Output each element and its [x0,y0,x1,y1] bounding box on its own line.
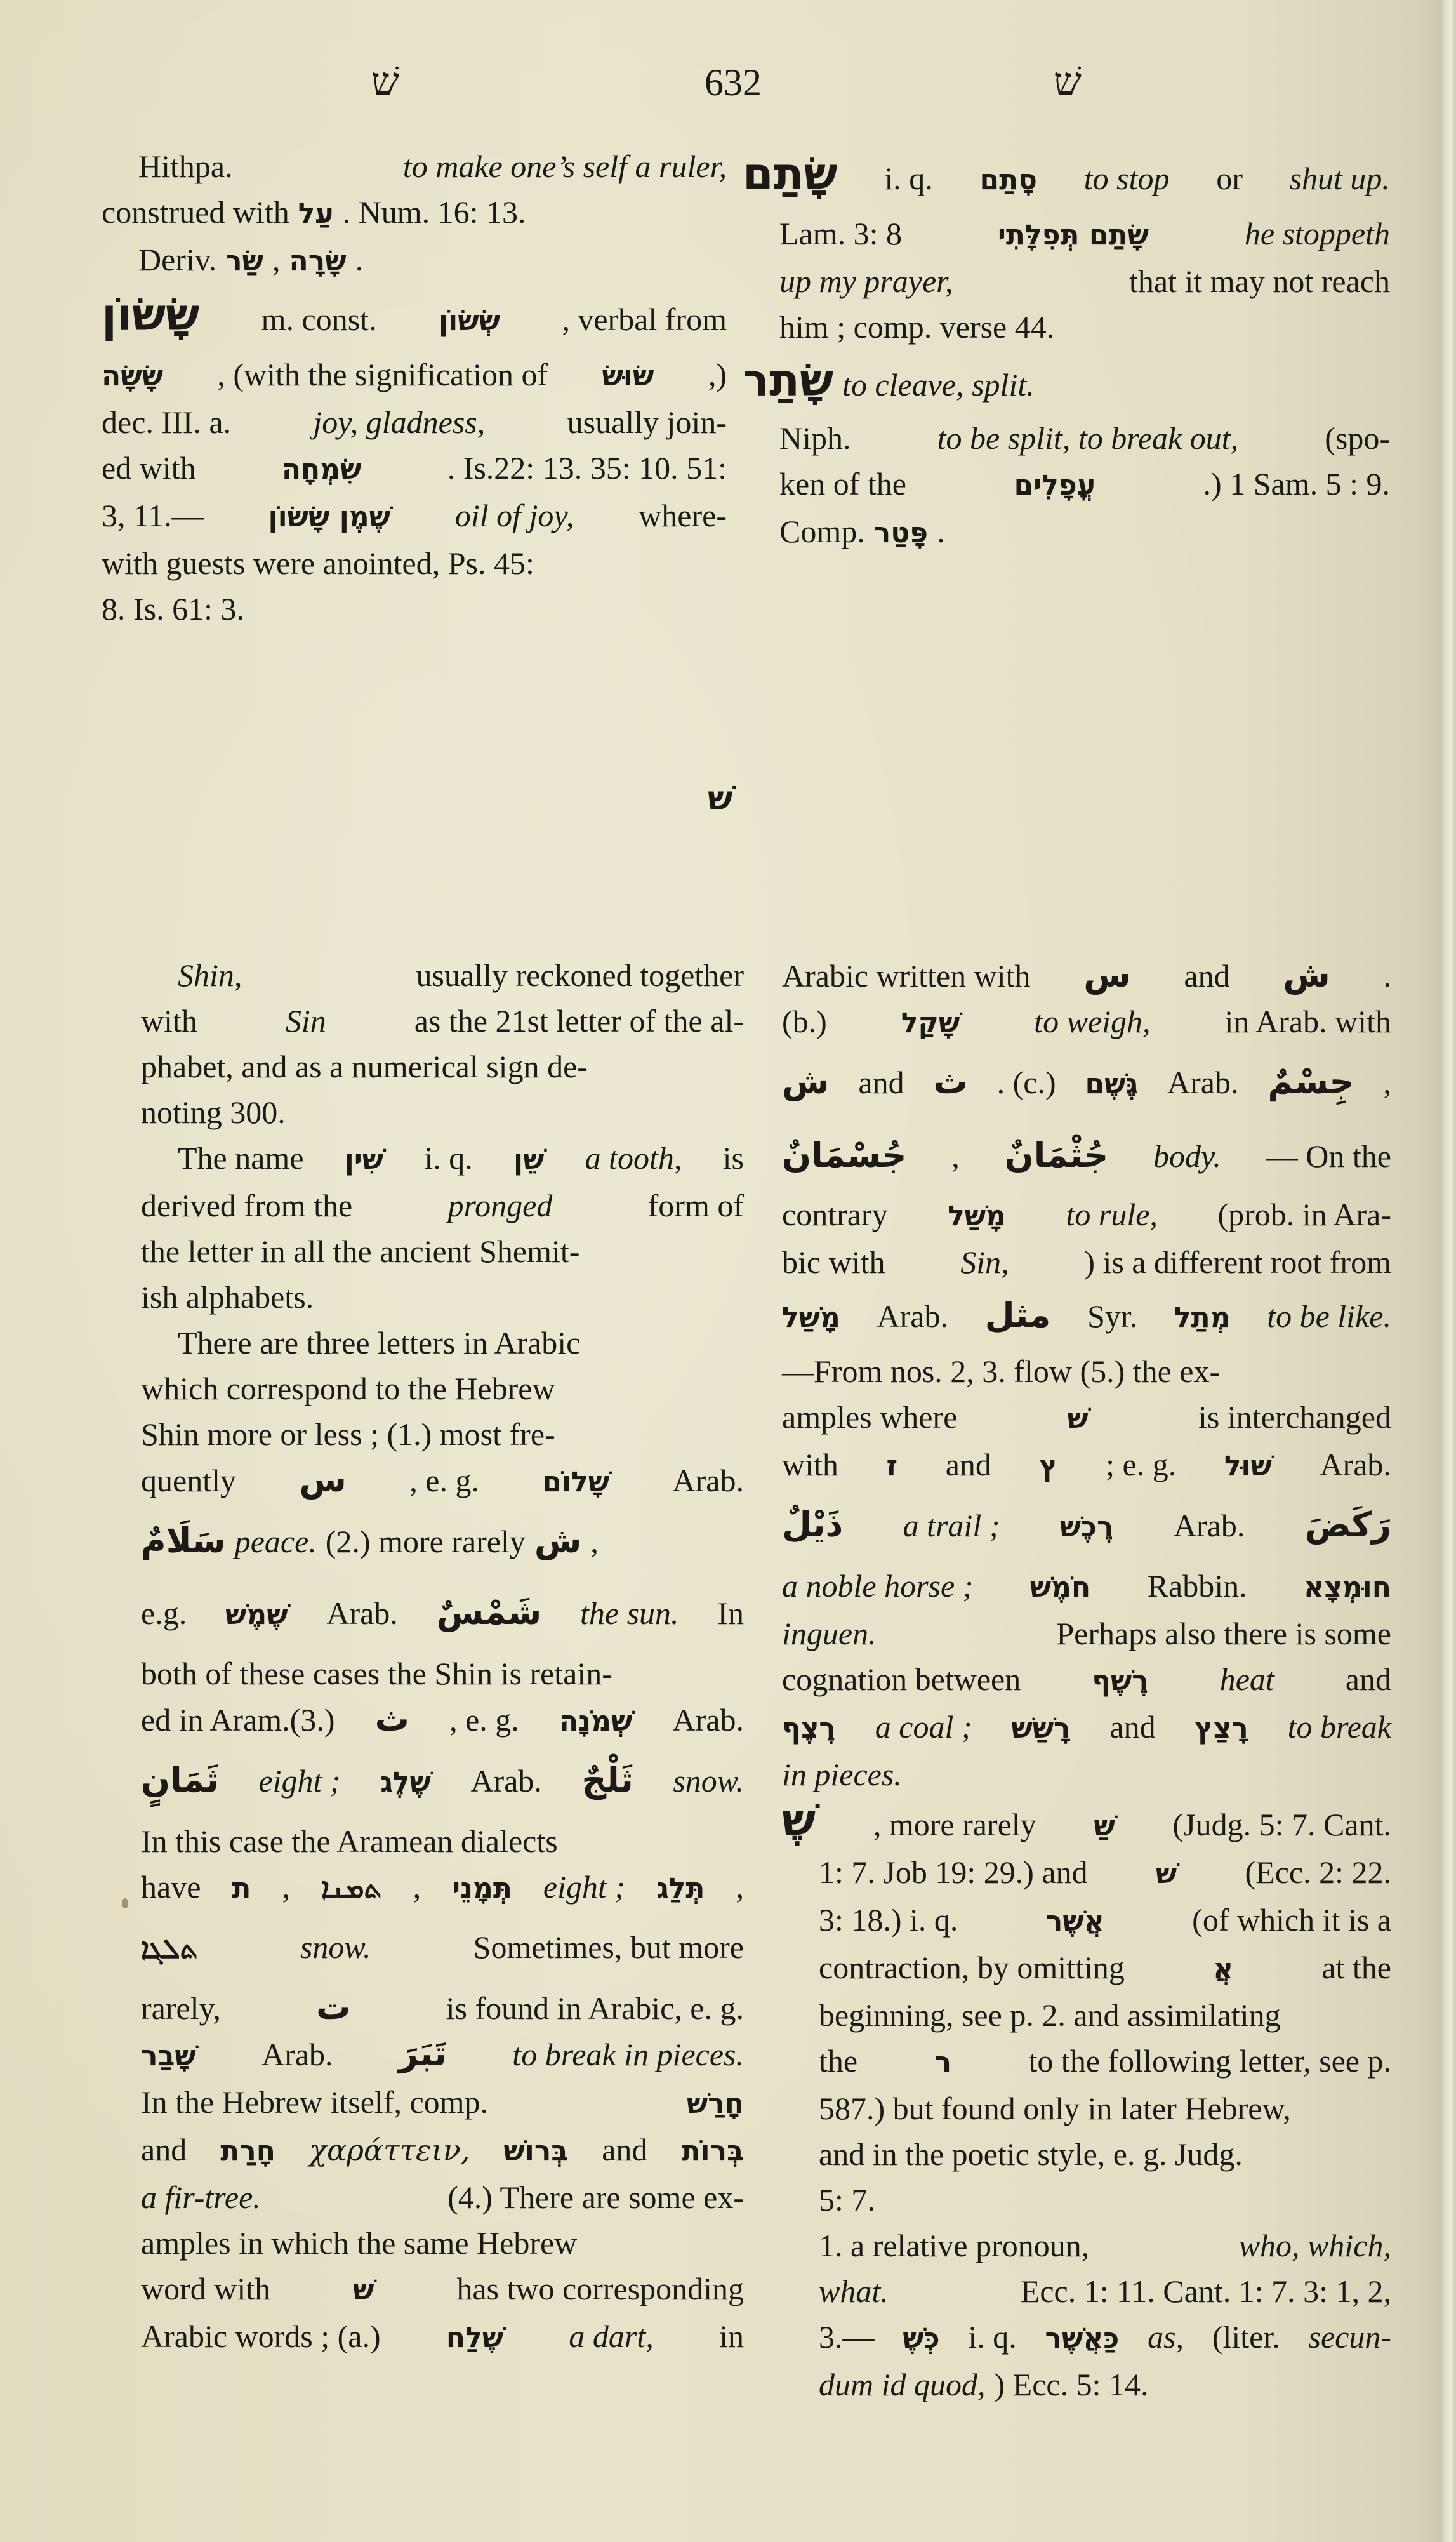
text-line: up my prayer,that it may not reach [743,258,1390,304]
text-run: with [141,998,197,1044]
hebrew-word: שָׂשָׂה [102,354,163,399]
arabic-word: جِسْمٌ [1267,1046,1354,1117]
text-line: in pieces. [782,1752,1391,1797]
text-run: , [413,1864,421,1910]
text-run: have [141,1864,201,1910]
text-run: word with [141,2266,270,2312]
hebrew-word: שֵׁן [513,1137,544,1183]
text-run: Perhaps also there is some [1056,1611,1391,1656]
column-bottom-right: Arabic written withسandش.(b.)שָׁקַלto we… [782,952,1391,2407]
hebrew-word: רֶשֶׁף [1092,1658,1149,1704]
text-run: bic with [782,1239,885,1285]
italic-gloss: a tooth, [585,1135,682,1181]
text-line: سَلَامٌpeace.(2.) more rarelyش, [141,1505,744,1577]
text-line: ثَمَانٍeight ;שֶׁלֶגArab.ثَلْجٌsnow. [141,1745,744,1818]
hebrew-word: שָׂרָה [289,239,346,284]
text-run: Arab. [261,2032,333,2077]
text-run: which correspond to the Hebrew [141,1366,555,1411]
text-run: There are three letters in Arabic [178,1320,580,1366]
text-line: שֶׁ, more rarelyשַׁ(Judg. 5: 7. Cant. [782,1797,1391,1849]
italic-gloss: a coal ; [875,1704,972,1750]
italic-gloss: as, [1148,2314,1184,2360]
headword: שָׂתַר [743,350,833,411]
text-line: a fir-tree.(4.) There are some ex- [141,2174,744,2220]
text-run: beginning, see p. 2. and assimilating [819,1992,1281,2038]
italic-gloss: a trail ; [903,1490,1000,1561]
hebrew-word: שַׂר [225,239,263,284]
text-run: , [272,237,281,283]
text-run: , [1383,1047,1391,1118]
italic-gloss: Sin [286,998,326,1044]
italic-gloss: inguen. [782,1611,877,1656]
text-line: ed withשִׂמְחָה. Is.22: 13. 35: 10. 51: [102,445,727,493]
text-run: ) Ecc. 5: 14. [995,2362,1149,2407]
text-line: 8. Is. 61: 3. [102,586,727,632]
text-line: There are three letters in Arabic [141,1320,744,1366]
text-line: amples whereשׁis interchanged [782,1394,1391,1442]
text-run: 1: 7. Job 19: 29.) and [819,1849,1088,1895]
text-line: שָׂשָׂה, (with the signification ofשׂוּש… [102,352,727,399]
italic-gloss: what. [819,2268,889,2314]
italic-gloss: a dart, [569,2313,653,2359]
text-run: In the Hebrew itself, comp. [141,2079,488,2125]
text-line: the letter in all the ancient Shemit- [141,1228,744,1274]
text-line: The nameשִׁיןi. q.שֵׁןa tooth,is [141,1135,744,1183]
text-run: and [1346,1656,1391,1702]
italic-gloss: to cleave, split. [842,354,1035,415]
running-head-letter-left: שׁ [371,60,399,105]
text-line: 587.) but found only in later Hebrew, [782,2086,1391,2131]
italic-gloss: eight ; [543,1864,625,1910]
text-line: שָׂתַרto cleave, split. [743,350,1390,415]
text-run: (b.) [782,999,827,1044]
hebrew-word: חֹמֶשׁ [1030,1565,1090,1611]
arabic-word: ث [933,1046,967,1117]
arabic-word: ث [375,1696,409,1742]
text-run: Comp. [779,509,865,554]
headword: שֶׁ [782,1797,816,1843]
text-line: which correspond to the Hebrew [141,1366,744,1411]
italic-gloss: to break in pieces. [512,2032,744,2077]
text-run: i. q. [424,1135,472,1181]
italic-gloss: shut up. [1290,148,1390,209]
text-line: rarely,تis found in Arabic, e. g. [141,1985,744,2031]
text-run: , verbal from [562,289,727,350]
hebrew-word: פָּטַר [874,510,928,556]
hebrew-word: שׁ [1067,1396,1088,1442]
arabic-word: س [299,1457,347,1503]
text-line: noting 300. [141,1089,744,1135]
text-line: (b.)שָׁקַלto weigh,in Arab. with [782,999,1391,1046]
italic-gloss: body. [1153,1121,1221,1192]
text-run: that it may not reach [1129,258,1390,304]
text-run: (spo- [1325,415,1390,461]
text-run: . Is.22: 13. 35: 10. 51: [447,445,727,491]
text-run: contrary [782,1192,888,1237]
text-run: and [858,1047,904,1118]
hebrew-word: שֶׁלַח [446,2315,503,2361]
hebrew-word: אֲשֶׁר [1046,1899,1104,1945]
text-run: Arab. [1320,1442,1391,1487]
text-line: contraryמָשַׁלto rule,(prob. in Ara- [782,1192,1391,1239]
text-line: with guests were anointed, Ps. 45: [102,540,727,586]
text-run: , e. g. [409,1458,479,1503]
hebrew-word: שְׂשׂוֹן [439,291,500,352]
hebrew-word: בְּרוֹת [681,2129,743,2174]
hebrew-word: שָׁבַר [141,2033,196,2079]
text-run: or [1216,148,1243,209]
italic-gloss: pronged [448,1183,553,1228]
hebrew-word: שַׁ [1094,1804,1115,1849]
hebrew-word: שׁוּל [1224,1444,1272,1489]
text-line: ذَيْلٌa trail ;רֶכֶשׁArab.رَكَضَ [782,1489,1391,1563]
text-line: ken of theעֳפָלִים.) 1 Sam. 5 : 9. [743,461,1390,509]
text-run: —From nos. 2, 3. flow (5.) the ex- [782,1348,1220,1394]
text-line: Niph.to be split, to break out,(spo- [743,415,1390,461]
text-run: and in the poetic style, e. g. Judg. [819,2131,1243,2177]
text-run: ,) [708,352,727,397]
text-run: , [590,1506,599,1577]
text-run: ; e. g. [1106,1442,1176,1487]
italic-gloss: a fir-tree. [141,2174,261,2220]
italic-gloss: a noble horse ; [782,1563,973,1609]
text-run: the [819,2038,857,2084]
text-run: (Ecc. 2: 22. [1245,1849,1391,1895]
text-run: Arab. [326,1578,397,1649]
text-line: Shin more or less ; (1.) most fre- [141,1411,744,1457]
text-line: شandث. (c.)גֶּשֶׁםArab.جِسْمٌ, [782,1046,1391,1120]
hebrew-word: שֶׁלֶג [380,1747,431,1818]
text-run: Arab. [1167,1047,1238,1118]
text-line: beginning, see p. 2. and assimilating [782,1992,1391,2038]
text-run: 8. Is. 61: 3. [102,586,244,632]
hebrew-word: עֳפָלִים [1014,463,1095,509]
text-run: i. q. [968,2314,1016,2360]
text-run: Arab. [673,1458,744,1503]
hebrew-word: חוּמְצָא [1304,1565,1391,1611]
text-line: שָׂשׂוֹןm. const.שְׂשׂוֹן, verbal from [102,284,727,352]
greek-word: χαράττειν, [309,2127,470,2173]
hebrew-word: כַּאֲשֶׁר [1045,2316,1120,2362]
text-line: what.Ecc. 1: 11. Cant. 1: 7. 3: 1, 2, [782,2268,1391,2314]
italic-gloss: joy, gladness, [313,399,485,445]
arabic-word: تَبَرَ [399,2031,447,2077]
page-number: 632 [705,60,762,105]
text-run: Rabbin. [1148,1563,1247,1609]
arabic-word: مثل [985,1285,1051,1346]
italic-gloss: to break [1288,1704,1391,1750]
text-run: ed in Aram.(3.) [141,1697,334,1743]
hebrew-word: שֶׁמֶן שָׂשׂוֹן [268,495,390,540]
italic-gloss: oil of joy, [455,493,574,538]
italic-gloss: peace. [235,1506,317,1577]
text-run: , e. g. [449,1697,519,1743]
text-line: רֶצֶףa coal ;רָשַׁשׁandרָצַץto break [782,1704,1391,1752]
text-run: 5: 7. [819,2177,875,2223]
text-line: שָׁבַרArab.تَبَرَto break in pieces. [141,2031,744,2079]
italic-gloss: he stoppeth [1245,211,1390,256]
text-line: phabet, and as a numerical sign de- [141,1044,744,1089]
text-run: ken of the [779,461,906,507]
text-run: The name [178,1135,304,1181]
text-run: (liter. [1212,2314,1280,2360]
text-run: at the [1321,1945,1391,1990]
text-run: is interchanged [1198,1394,1391,1440]
italic-gloss: to be like. [1267,1286,1391,1347]
text-run: has two corresponding [456,2266,744,2312]
text-run: ) is a different root from [1084,1239,1391,1285]
text-run: derived from the [141,1183,352,1228]
hebrew-word: שִׁין [345,1137,383,1183]
text-line: جُسْمَانٌ,جُثْمَانٌbody.— On the [782,1120,1391,1192]
hebrew-word: סָתַם [979,150,1037,211]
text-line: שָׂתַםi. q.סָתַםto stoporshut up. [743,143,1390,211]
text-run: . Num. 16: 13. [343,189,526,235]
text-run: In this case the Aramean dialects [141,1818,558,1864]
text-run: 3, 11.— [102,493,204,538]
text-line: 1. a relative pronoun,who, which, [782,2223,1391,2268]
italic-gloss: to weigh, [1034,999,1150,1044]
text-run: where- [639,493,727,538]
ink-stain [122,1898,128,1908]
text-run: amples where [782,1394,957,1440]
text-run: (4.) There are some ex- [447,2174,744,2220]
italic-gloss: Sin, [960,1239,1009,1285]
hebrew-word: ת [232,1866,251,1912]
hebrew-word: שִׂמְחָה [282,447,362,493]
text-line: cognation betweenרֶשֶׁףheatand [782,1656,1391,1704]
hebrew-word: רֶכֶשׁ [1060,1492,1114,1563]
text-run: , more rarely [873,1802,1036,1847]
text-line: haveת,ܬܡܢܐ,תְּמָנֵיeight ;תְּלַג, [141,1864,744,1912]
text-run: ed with [102,445,196,491]
arabic-word: رَكَضَ [1305,1489,1391,1560]
text-line: Arabic words ; (a.)שֶׁלַחa dart,in [141,2313,744,2361]
text-run: amples in which the same Hebrew [141,2220,577,2266]
text-run: in Arab. with [1224,999,1391,1044]
text-line: 3: 18.) i. q.אֲשֶׁר(of which it is a [782,1897,1391,1945]
hebrew-word: שֶׁמֶשׁ [225,1580,288,1651]
text-run: noting 300. [141,1089,286,1135]
text-line: Shin,usually reckoned together [141,952,744,998]
text-run: phabet, and as a numerical sign de- [141,1044,588,1089]
text-run: both of these cases the Shin is retain- [141,1651,612,1696]
hebrew-word: תְּמָנֵי [452,1866,512,1912]
text-line: withזandץ; e. g.שׁוּלArab. [782,1442,1391,1489]
text-run: Ecc. 1: 11. Cant. 1: 7. 3: 1, 2, [1021,2268,1391,2314]
text-line: withSinas the 21st letter of the al- [141,998,744,1044]
arabic-word: جُثْمَانٌ [1005,1120,1109,1191]
hebrew-word: ר [935,2040,952,2086]
syriac-word: ܬܠܓܐ [141,1913,198,1985]
text-run: ish alphabets. [141,1274,314,1320]
text-run: 3.— [819,2314,875,2360]
text-run: , [736,1864,744,1910]
text-line: contraction, by omittingאֲat the [782,1945,1391,1992]
text-line: quentlyس, e. g.שָׁלוֹםArab. [141,1457,744,1505]
text-run: and [1109,1704,1155,1750]
text-run: Arabic words ; (a.) [141,2313,381,2359]
text-line: Deriv.שַׂר,שָׂרָה. [102,237,727,284]
text-run: i. q. [884,148,932,209]
text-run: the letter in all the ancient Shemit- [141,1228,579,1274]
syriac-word: ܬܡܢܐ [321,1866,382,1912]
text-line: ish alphabets. [141,1274,744,1320]
hebrew-word: גֶּשֶׁם [1085,1049,1138,1120]
text-run: form of [648,1183,744,1228]
arabic-word: ثَلْجٌ [581,1745,633,1816]
text-run: Lam. 3: 8 [779,211,902,256]
running-head-letter-right: שׁ [1054,60,1082,105]
text-run: cognation between [782,1656,1021,1702]
text-run: . [1383,953,1391,999]
italic-gloss: to make one’s self a ruler, [403,143,727,189]
text-run: in [719,2313,744,2359]
column-top-left: Hithpa.to make one’s self a ruler,constr… [102,143,727,632]
text-run: 1. a relative pronoun, [819,2223,1089,2268]
hebrew-word: חָרַת [220,2129,275,2174]
text-run: and [141,2127,187,2173]
text-line: Lam. 3: 8שָׂתַם תְּפִלָּתִיhe stoppeth [743,211,1390,258]
text-run: Arab. [470,1745,541,1816]
text-run: is [723,1135,744,1181]
text-line: e.g.שֶׁמֶשׁArab.شَمْسٌthe sun.In [141,1577,744,1651]
italic-gloss: eight ; [258,1745,340,1816]
italic-gloss: up my prayer, [779,258,953,304]
hebrew-word: כְּשֶׁ [903,2316,939,2362]
hebrew-word: אֲ [1213,1946,1233,1992]
text-run: Arab. [1174,1490,1245,1561]
hebrew-word: חָרַשׁ [687,2081,744,2127]
text-line: In the Hebrew itself, comp.חָרַשׁ [141,2079,744,2127]
arabic-word: ش [534,1505,582,1576]
text-run: In [717,1578,744,1649]
hebrew-word: שָׂתַם תְּפִלָּתִי [998,213,1149,258]
text-run: Hithpa. [138,143,233,189]
arabic-word: شَمْسٌ [437,1577,542,1648]
text-run: with guests were anointed, Ps. 45: [102,540,534,586]
text-line: מָשַׁלArab.مثلSyr.מְתַלto be like. [782,1285,1391,1348]
text-run: (2.) more rarely [326,1506,526,1577]
page-edge [1442,0,1456,2542]
text-line: ed in Aram.(3.)ث, e. g.שְׁמֹנָהArab. [141,1696,744,1745]
hebrew-word: עַל [298,191,334,237]
text-run: m. const. [261,289,377,350]
text-run: with [782,1442,838,1487]
text-run: rarely, [141,1985,221,2031]
text-line: Comp.פָּטַר. [743,509,1390,556]
italic-gloss: secun- [1309,2314,1392,2360]
arabic-word: س [1083,952,1131,998]
italic-gloss: heat [1220,1656,1274,1702]
text-line: In this case the Aramean dialects [141,1818,744,1864]
text-line: him ; comp. verse 44. [743,304,1390,350]
text-run: . [937,509,945,554]
text-run: as the 21st letter of the al- [414,998,744,1044]
text-run: construed with [102,189,289,235]
text-run: and [602,2127,647,2173]
text-run: 3: 18.) i. q. [819,1897,958,1943]
text-line: derived from theprongedform of [141,1183,744,1228]
column-bottom-left: Shin,usually reckoned togetherwithSinas … [141,952,744,2361]
hebrew-word: רֶצֶף [782,1706,836,1752]
italic-gloss: Shin, [178,952,242,998]
text-line: and in the poetic style, e. g. Judg. [782,2131,1391,2177]
italic-gloss: snow. [673,1745,744,1816]
hebrew-word: מְתַל [1174,1288,1231,1348]
text-line: amples in which the same Hebrew [141,2220,744,2266]
text-run: Arabic written with [782,953,1031,999]
text-run: him ; comp. verse 44. [779,304,1054,350]
text-run: Arab. [877,1286,948,1347]
text-line: theרto the following letter, see p. [782,2038,1391,2086]
arabic-word: ش [782,1046,830,1117]
hebrew-word: שׁ [353,2268,374,2313]
text-line: word withשׁhas two corresponding [141,2266,744,2313]
text-run: usually reckoned together [416,952,744,998]
section-letter-heading: שׁ [708,780,732,818]
text-line: 5: 7. [782,2177,1391,2223]
arabic-word: ش [1283,952,1330,998]
italic-gloss: to stop [1084,148,1170,209]
headword: שָׂתַם [743,143,838,204]
hebrew-word: תְּלַג [656,1866,705,1912]
hebrew-word: שׂוּשׂ [602,354,654,399]
text-line: a noble horse ;חֹמֶשׁRabbin.חוּמְצָא [782,1563,1391,1611]
text-run: e.g. [141,1578,187,1649]
text-run: and [1184,953,1229,999]
text-run: . (c.) [997,1047,1056,1118]
italic-gloss: to be split, to break out, [937,415,1239,461]
text-line: construed withעַל. Num. 16: 13. [102,189,727,237]
text-line: 3.—כְּשֶׁi. q.כַּאֲשֶׁרas,(liter.secun- [782,2314,1391,2362]
text-run: Syr. [1087,1286,1137,1347]
column-top-right: שָׂתַםi. q.סָתַםto stoporshut up.Lam. 3:… [743,143,1390,556]
dictionary-page: שׁ 632 שׁ Hithpa.to make one’s self a ru… [0,0,1456,2542]
italic-gloss: who, which, [1239,2223,1391,2268]
text-line: —From nos. 2, 3. flow (5.) the ex- [782,1348,1391,1394]
hebrew-word: מָשַׁל [948,1194,1006,1239]
text-run: Sometimes, but more [473,1912,744,1983]
text-run: is found in Arabic, e. g. [446,1985,744,2031]
italic-gloss: to rule, [1066,1192,1157,1237]
hebrew-word: שָׁקַל [901,1001,960,1046]
text-run: Shin more or less ; (1.) most fre- [141,1411,555,1457]
italic-gloss: the sun. [580,1578,679,1649]
hebrew-word: רָצַץ [1195,1706,1248,1752]
text-line: ܬܠܓܐsnow.Sometimes, but more [141,1912,744,1985]
text-line: inguen.Perhaps also there is some [782,1611,1391,1656]
text-run: usually join- [567,399,727,445]
text-line: dec. III. a.joy, gladness,usually join- [102,399,727,445]
text-run: . [355,237,364,283]
text-run: and [946,1442,991,1487]
italic-gloss: snow. [300,1912,371,1983]
text-run: .) 1 Sam. 5 : 9. [1203,461,1390,507]
text-run: (of which it is a [1192,1897,1391,1943]
arabic-word: جُسْمَانٌ [782,1120,906,1191]
text-line: bic withSin,) is a different root from [782,1239,1391,1285]
text-run: Arab. [673,1697,744,1743]
hebrew-word: רָשַׁשׁ [1011,1706,1070,1752]
text-run: (prob. in Ara- [1217,1192,1391,1237]
headword: שָׂשׂוֹן [102,284,199,345]
text-run: quently [141,1458,236,1503]
arabic-word: سَلَامٌ [141,1505,226,1576]
hebrew-word: בְּרוֹשׁ [503,2129,568,2174]
hebrew-word: ז [886,1444,897,1489]
text-line: 3, 11.—שֶׁמֶן שָׂשׂוֹןoil of joy,where- [102,493,727,540]
